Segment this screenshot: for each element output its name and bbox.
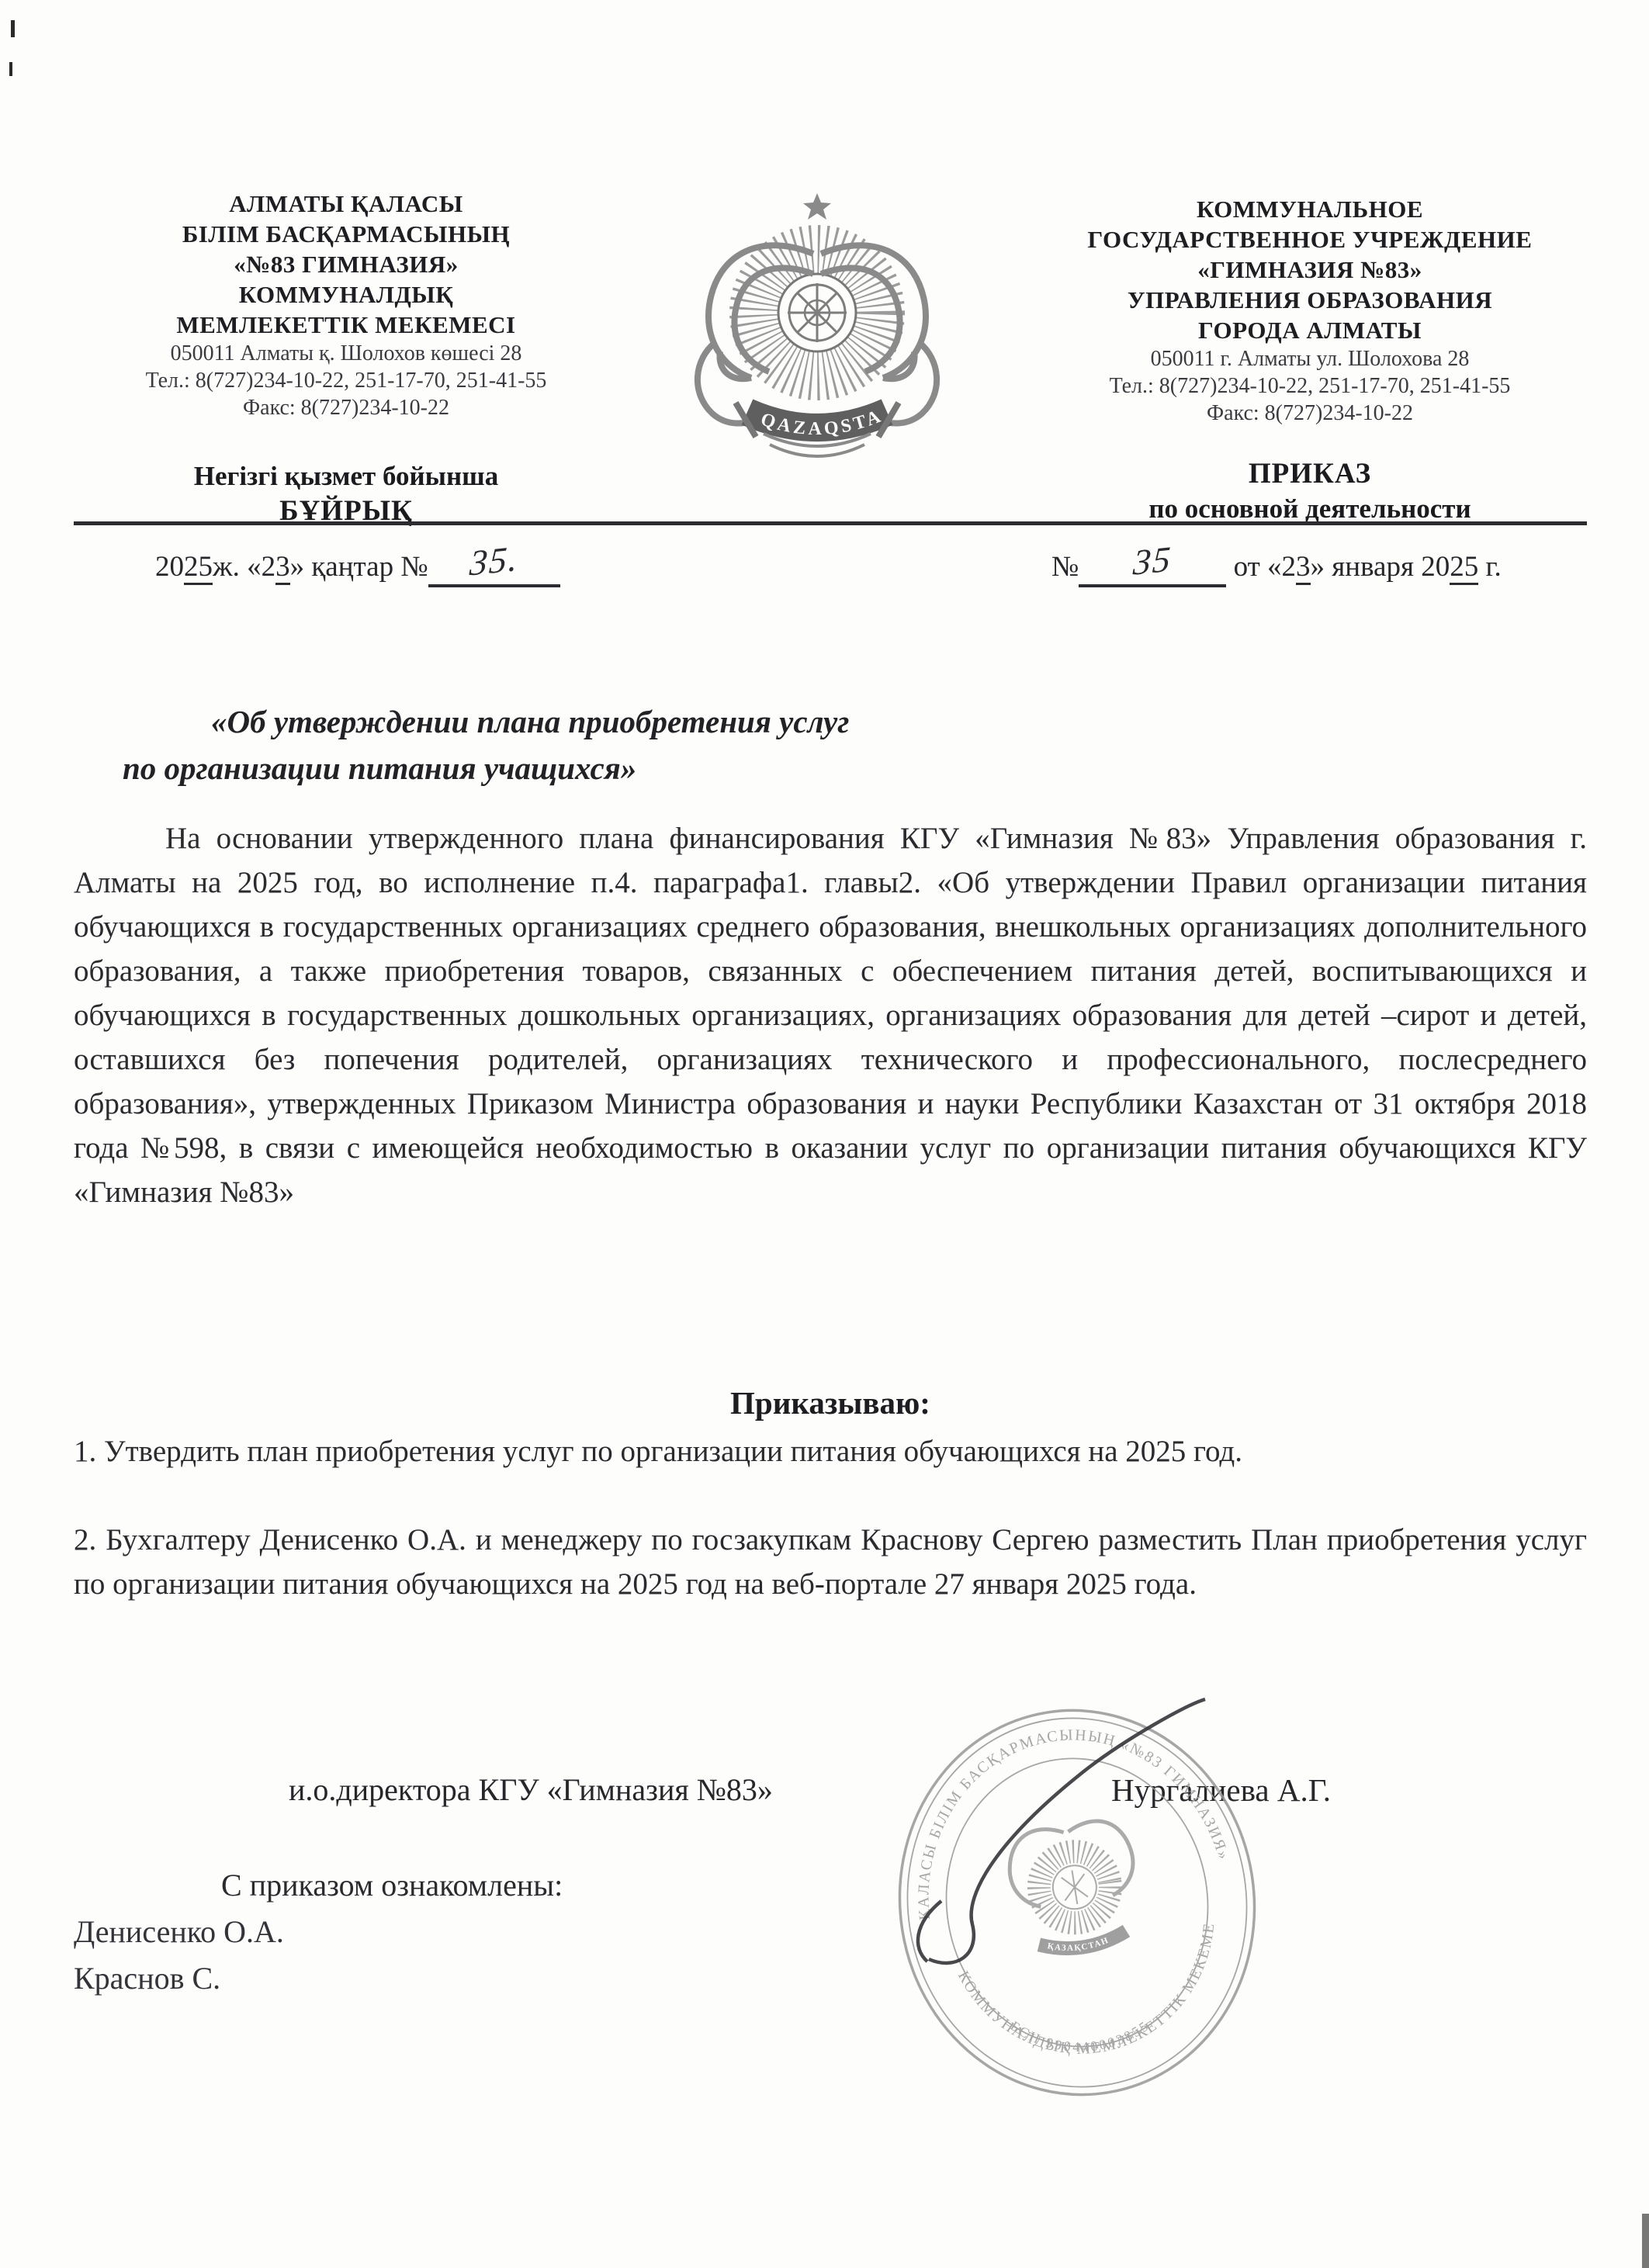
org-phone: Тел.: 8(727)234-10-22, 251-17-70, 251-41… [1032,372,1588,400]
handwritten-order-number: 35 [1132,538,1173,583]
signer-role: и.о.директора КГУ «Гимназия №83» [289,1771,773,1808]
order-item-1: 1. Утвердить план приобретения услуг по … [74,1429,1587,1473]
order-type-line: ПРИКАЗ [1032,456,1588,492]
numero-sign: № [400,551,428,583]
org-fax: Факс: 8(727)234-10-22 [1032,400,1588,427]
org-address: 050011 г. Алматы ул. Шолохова 28 [1032,345,1588,372]
order-type-kazakh: Негізгі қызмет бойынша БҰЙРЫҚ [74,459,618,529]
org-address: 050011 Алматы қ. Шолохов көшесі 28 [74,340,618,367]
scanned-order-document: АЛМАТЫ ҚАЛАСЫ БІЛІМ БАСҚАРМАСЫНЫҢ «№83 Г… [0,0,1649,2268]
date-part: 20 [155,551,184,583]
org-name-line: УПРАВЛЕНИЯ ОБРАЗОВАНИЯ [1032,285,1588,315]
official-round-stamp: ҚАЛАСЫ БІЛІМ БАСҚАРМАСЫНЫҢ «№83 ГИМНАЗИЯ… [881,1691,1277,2126]
dateline-kazakh: 2025ж. «23» қаңтар №35. [155,543,560,587]
org-name-line: БІЛІМ БАСҚАРМАСЫНЫҢ [74,219,618,249]
date-part: 3 [1296,551,1311,585]
org-name-line: ГОРОДА АЛМАТЫ [1032,315,1588,345]
acknowledged-heading: С приказом ознакомлены: [221,1867,563,1903]
handwritten-order-number: 35. [468,537,520,583]
dateline-russian: №35 от «23» января 2025 г. [1051,543,1502,587]
scan-artifact [9,62,12,76]
prikaz-heading: Приказываю: [74,1384,1587,1421]
date-part: 3 [275,551,290,585]
order-type-line: Негізгі қызмет бойынша [74,459,618,493]
org-block-russian: КОММУНАЛЬНОЕ ГОСУДАРСТВЕННОЕ УЧРЕЖДЕНИЕ … [1032,194,1588,427]
order-body-paragraph: На основании утвержденного плана финанси… [74,816,1587,1214]
order-type-russian: ПРИКАЗ по основной деятельности [1032,456,1588,526]
date-part: 25 [184,551,213,585]
acknowledged-name: Краснов С. [74,1960,220,1996]
order-item-2: 2. Бухгалтеру Денисенко О.А. и менеджеру… [74,1518,1587,1606]
document-title-line2: по организации питания учащихся» [123,745,636,791]
date-part: » января 20 [1311,551,1450,583]
date-part: » қаңтар [290,551,394,583]
kazakhstan-coat-of-arms-icon: QAZAQSTAN [669,182,965,462]
document-title-line1: «Об утверждении плана приобретения услуг [211,698,849,745]
org-name-line: МЕМЛЕКЕТТІК МЕКЕМЕСІ [74,310,618,340]
numero-sign: № [1051,551,1079,583]
date-part: ж. «2 [213,551,275,583]
org-phone: Тел.: 8(727)234-10-22, 251-17-70, 251-41… [74,367,618,394]
acknowledged-name: Денисенко О.А. [74,1913,284,1950]
org-name-line: «ГИМНАЗИЯ №83» [1032,255,1588,285]
date-part: 25 [1450,551,1478,585]
org-name-line: АЛМАТЫ ҚАЛАСЫ [74,189,618,219]
date-part: г. [1478,551,1502,583]
scan-artifact [1642,2214,1649,2268]
divider-rule [74,521,1587,525]
org-name-line: КОММУНАЛДЫҚ [74,279,618,310]
org-name-line: КОММУНАЛЬНОЕ [1032,194,1588,224]
org-name-line: «№83 ГИМНАЗИЯ» [74,249,618,279]
org-name-line: ГОСУДАРСТВЕННОЕ УЧРЕЖДЕНИЕ [1032,224,1588,255]
org-block-kazakh: АЛМАТЫ ҚАЛАСЫ БІЛІМ БАСҚАРМАСЫНЫҢ «№83 Г… [74,189,618,421]
scan-artifact [11,20,15,37]
org-fax: Факс: 8(727)234-10-22 [74,394,618,421]
date-part: от «2 [1226,551,1296,583]
